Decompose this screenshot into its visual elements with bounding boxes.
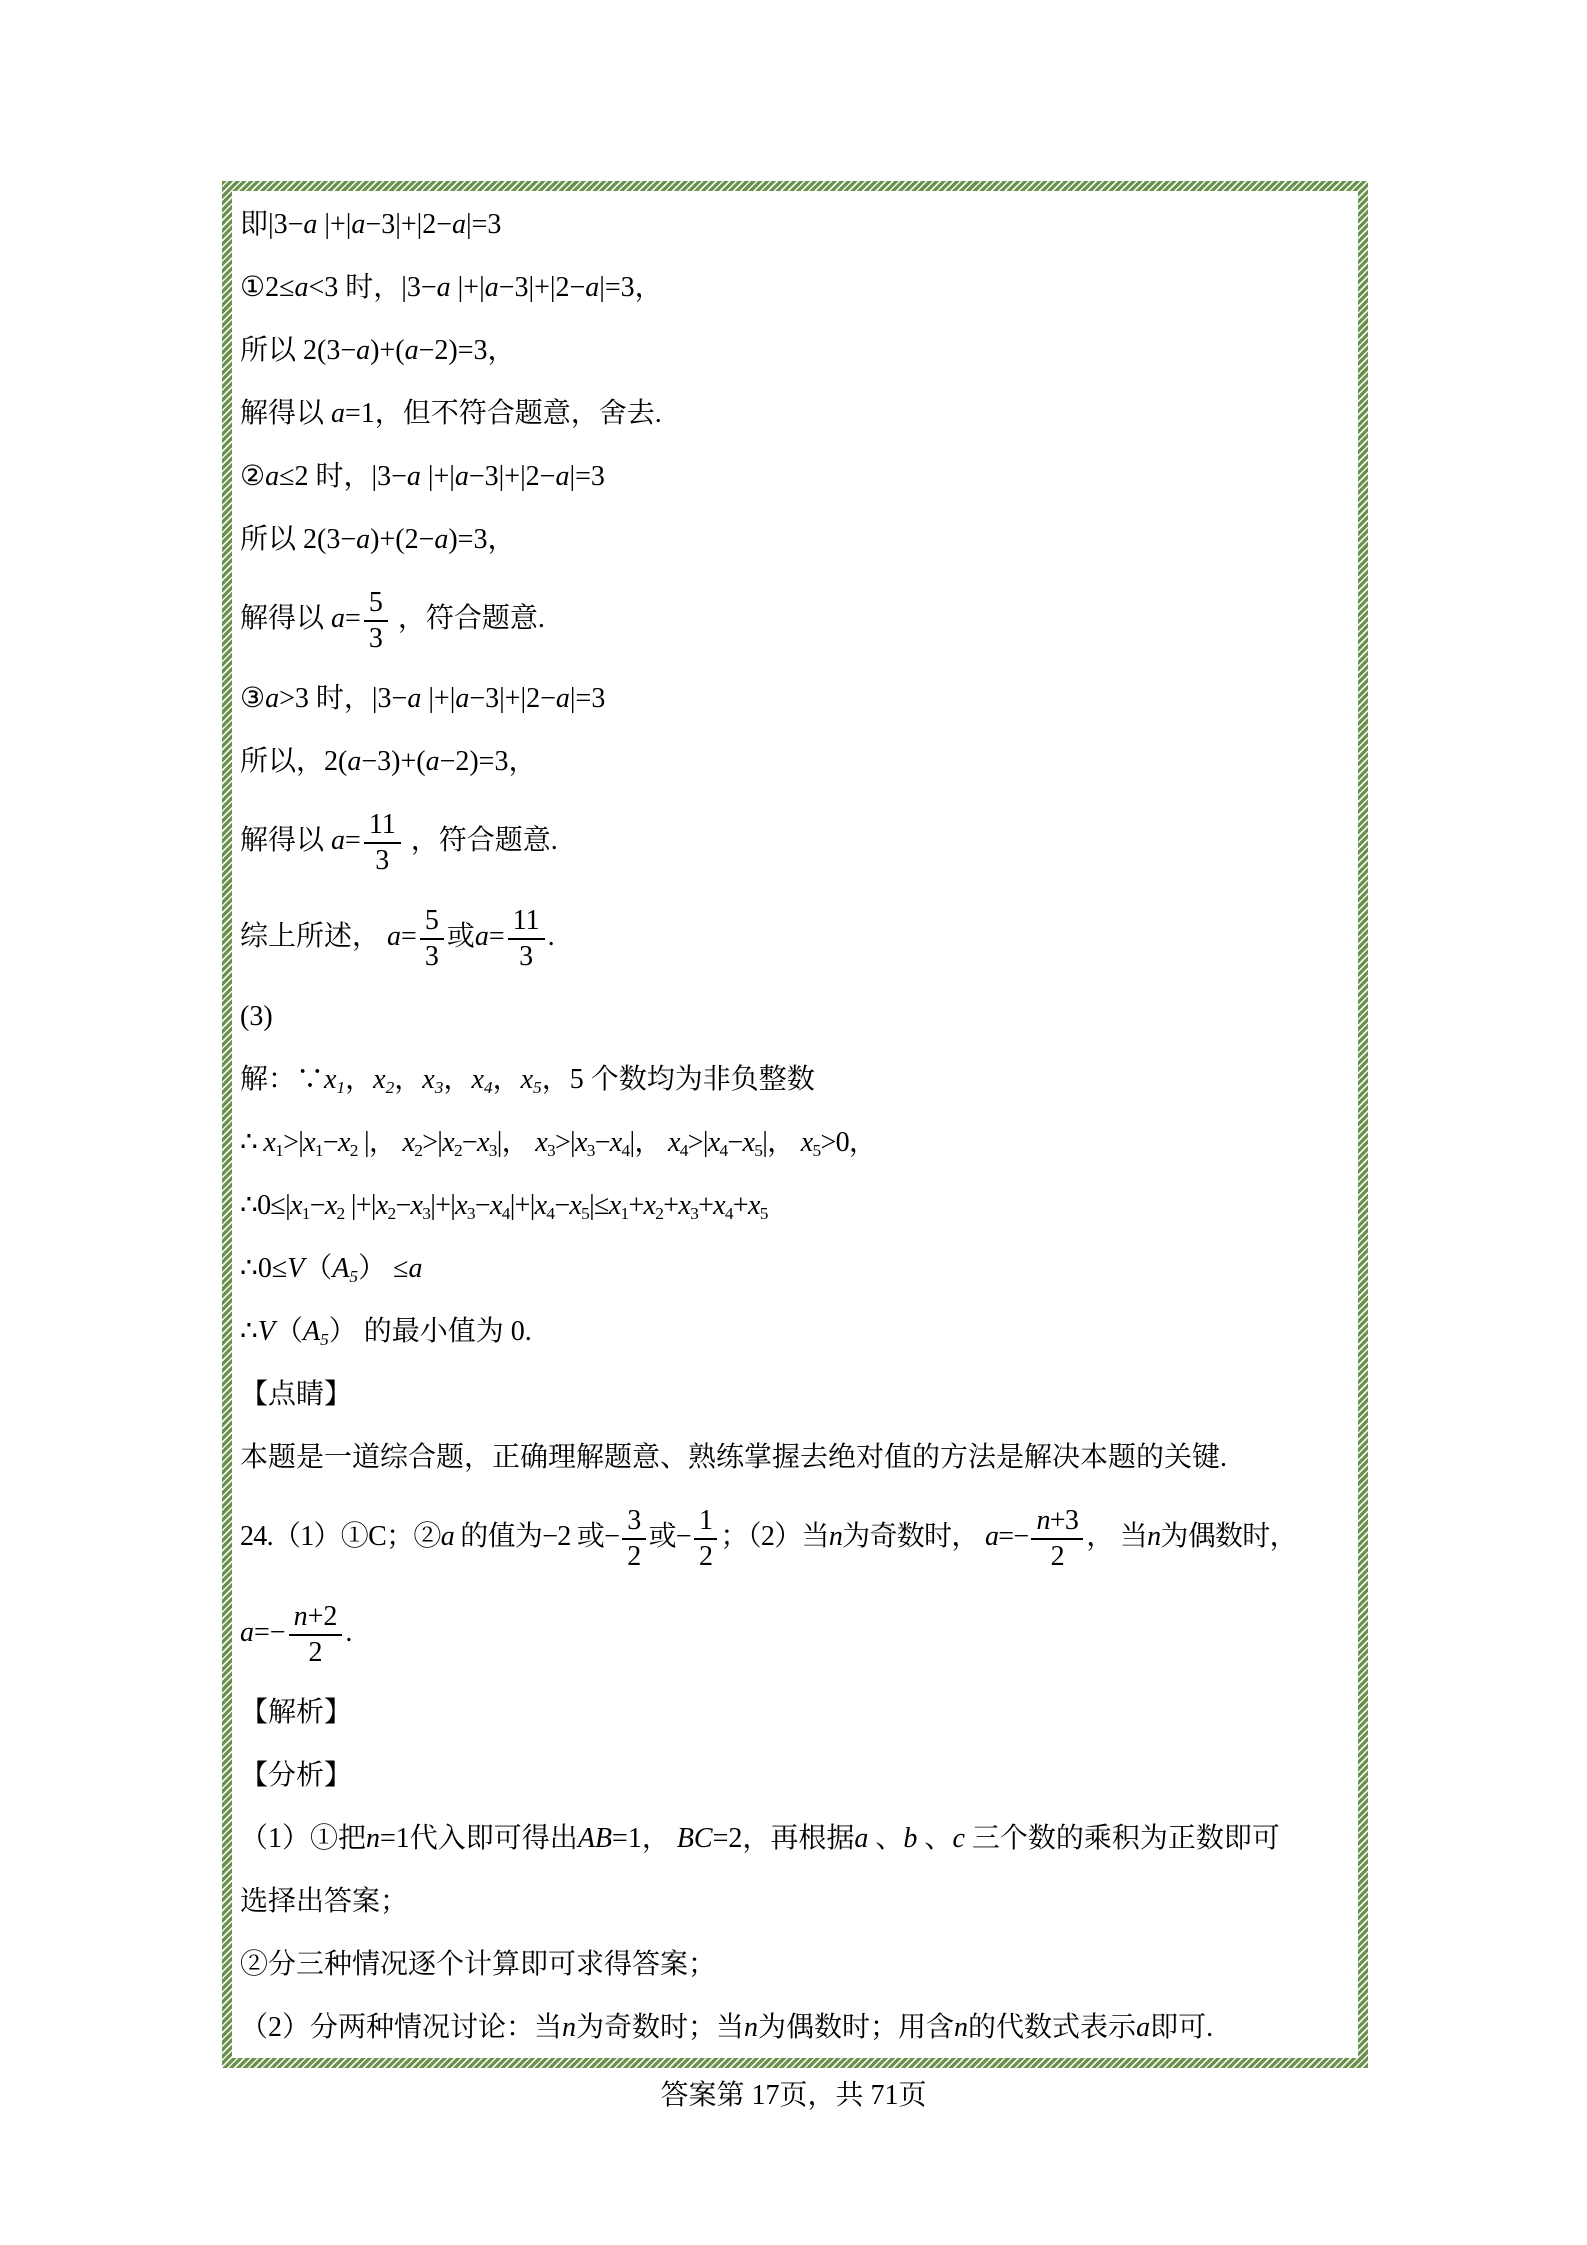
text-run: +	[733, 1190, 748, 1221]
text-run: 5	[581, 1204, 589, 1223]
text-run: −3|+|2−	[365, 209, 452, 240]
text-run: n	[1036, 1505, 1049, 1536]
text-run: a	[585, 272, 599, 303]
text-run: x	[490, 1190, 502, 1221]
text-run: 或	[447, 921, 475, 952]
text-run: a	[407, 683, 421, 714]
text-run: AB	[578, 1823, 612, 1854]
text-run: −	[475, 1190, 490, 1221]
text-run: x	[678, 1190, 690, 1221]
text-run: x	[471, 1064, 483, 1095]
text-run: x	[743, 1127, 755, 1158]
text-run: a	[408, 1253, 422, 1284]
text-run: A	[303, 1316, 320, 1347]
text-run: a	[426, 746, 440, 777]
text-run: x	[521, 1064, 533, 1095]
text-run: n	[829, 1521, 842, 1552]
text-run: n	[294, 1601, 308, 1632]
text-run: x	[422, 1064, 434, 1095]
text-run: 2	[308, 1637, 322, 1668]
text-run: 为偶数时，	[1160, 1521, 1297, 1552]
fraction: 12	[694, 1506, 717, 1571]
text-run: ∴0≤|	[240, 1190, 290, 1221]
text-run: x	[477, 1127, 489, 1158]
text-run: a	[407, 461, 421, 492]
text-run: n	[562, 2012, 576, 2043]
text-run: 【点睛】	[240, 1379, 352, 1410]
text-run: a	[556, 683, 570, 714]
fraction-numerator: 1	[694, 1506, 717, 1539]
text-run: 1	[336, 1078, 345, 1097]
fraction-numerator: 5	[364, 588, 388, 621]
text-run: x	[708, 1127, 720, 1158]
text-run: 2	[337, 1204, 345, 1223]
text-run: ；（2）当	[720, 1521, 829, 1552]
text-run: x	[290, 1190, 302, 1221]
text-run: n	[1147, 1521, 1160, 1552]
text-run: −	[323, 1127, 338, 1158]
text-run: 4	[502, 1204, 510, 1223]
text-run: ，5 个数均为非负整数	[542, 1064, 815, 1095]
text-run: >|	[555, 1127, 575, 1158]
text-run: ） ≤	[358, 1253, 408, 1284]
text-run: a	[985, 1521, 998, 1552]
text-run: x	[455, 1190, 467, 1221]
text-run: x	[373, 1064, 385, 1095]
text-run: a	[555, 461, 569, 492]
text-run: a	[455, 683, 469, 714]
fraction-denominator: 2	[694, 1540, 717, 1571]
text-run: |+|	[451, 272, 485, 303]
text-run: −	[395, 1190, 410, 1221]
text-run: 、	[868, 1823, 903, 1854]
text-line-17: ∴V（A5） 的最小值为 0.	[240, 1300, 1354, 1363]
text-line-9: 所以，2(a−3)+(a−2)=3，	[240, 730, 1354, 793]
text-run: 本题是一道综合题，正确理解题意、熟练掌握去绝对值的方法是解决本题的关键.	[240, 1442, 1227, 1473]
text-run: |=3	[569, 461, 604, 492]
text-run: a	[356, 335, 370, 366]
text-run: 5	[320, 1330, 329, 1349]
text-run: 5	[425, 905, 439, 936]
text-run: a	[294, 272, 308, 303]
fraction: 53	[364, 588, 388, 653]
text-run: 【分析】	[240, 1760, 352, 1791]
text-run: 综上所述，	[240, 921, 387, 952]
text-run: V	[287, 1253, 304, 1284]
text-run: a	[351, 209, 365, 240]
text-run: |=3	[466, 209, 501, 240]
text-run: 3	[425, 941, 439, 972]
text-line-2: ①2≤a<3 时，|3−a |+|a−3|+|2−a|=3，	[240, 256, 1354, 319]
text-run: −	[554, 1190, 569, 1221]
text-run: x	[376, 1190, 388, 1221]
text-run: x	[325, 1190, 337, 1221]
text-run: 的代数式表示	[968, 2012, 1136, 2043]
text-run: a	[1136, 2012, 1150, 2043]
text-run: a	[854, 1823, 868, 1854]
text-line-22: 【解析】	[240, 1681, 1354, 1744]
fraction-numerator: 11	[508, 906, 545, 939]
text-run: a	[485, 272, 499, 303]
text-run: >|	[283, 1127, 303, 1158]
text-run: 或−	[649, 1521, 691, 1552]
text-run: 2	[1051, 1541, 1064, 1572]
text-run: 2	[350, 1141, 358, 1160]
text-run: 3	[467, 1204, 475, 1223]
text-run: a	[387, 921, 401, 952]
text-run: x	[442, 1127, 454, 1158]
text-run: x	[748, 1190, 760, 1221]
text-run: >3 时，|3−	[279, 683, 407, 714]
text-run: 2	[699, 1541, 712, 1572]
text-run: 1	[315, 1141, 323, 1160]
text-run: ③	[240, 683, 265, 714]
text-run: |=3	[570, 683, 605, 714]
text-run: x	[535, 1127, 547, 1158]
fraction-numerator: 5	[420, 906, 444, 939]
fraction-denominator: 3	[420, 940, 444, 971]
text-run: 选择出答案；	[240, 1886, 408, 1917]
text-run: |+|	[345, 1190, 376, 1221]
fraction-numerator: 3	[622, 1506, 645, 1539]
text-run: +	[698, 1190, 713, 1221]
text-run: =	[489, 921, 505, 952]
text-run: =−	[998, 1521, 1028, 1552]
text-run: −2)=3，	[440, 746, 537, 777]
text-run: a	[265, 461, 279, 492]
text-run: 5	[533, 1078, 542, 1097]
text-run: 4	[725, 1204, 733, 1223]
text-run: 1	[302, 1204, 310, 1223]
fraction: 113	[508, 906, 545, 971]
text-run: 4	[622, 1141, 630, 1160]
text-run: −	[310, 1190, 325, 1221]
text-run: a	[331, 398, 345, 429]
text-run: x	[402, 1127, 414, 1158]
text-run: x	[535, 1190, 547, 1221]
text-run: c	[952, 1823, 964, 1854]
text-line-19: 本题是一道综合题，正确理解题意、熟练掌握去绝对值的方法是解决本题的关键.	[240, 1426, 1354, 1489]
text-run: 3	[587, 1141, 595, 1160]
text-run: |+|	[317, 209, 351, 240]
text-run: ） 的最小值为 0.	[329, 1316, 532, 1347]
text-run: >|	[688, 1127, 708, 1158]
fraction-numerator: 11	[364, 810, 401, 843]
text-line-8: ③a>3 时，|3−a |+|a−3|+|2−a|=3	[240, 667, 1354, 730]
text-run: |=3，	[599, 272, 662, 303]
text-run: 24.（1）①C；②	[240, 1521, 441, 1552]
text-run: a	[240, 1617, 254, 1648]
fraction-denominator: 2	[622, 1540, 645, 1571]
text-run: ∴0≤	[240, 1253, 287, 1284]
text-run: 4	[680, 1141, 688, 1160]
text-run: |，	[630, 1127, 669, 1158]
text-run: a	[331, 603, 345, 634]
text-run: −3|+|2−	[469, 683, 556, 714]
text-line-11: 综上所述， a=53或a=113.	[240, 889, 1354, 985]
text-run: 所以 2(3−	[240, 335, 356, 366]
text-run: .	[345, 1617, 352, 1648]
text-run: V	[258, 1316, 275, 1347]
text-line-20: 24.（1）①C；②a 的值为−2 或−32或−12；（2）当n为奇数时， a=…	[240, 1489, 1354, 1585]
text-line-27: （2）分两种情况讨论：当n为奇数时；当n为偶数时；用含n的代数式表示a即可.	[240, 1996, 1354, 2058]
text-run: a	[441, 1521, 454, 1552]
text-run: 即可.	[1150, 2012, 1213, 2043]
text-line-4: 解得以 a=1，但不符合题意，舍去.	[240, 382, 1354, 445]
text-run: +2	[308, 1601, 338, 1632]
text-run: )+(	[370, 335, 404, 366]
text-run: ∴	[240, 1127, 263, 1158]
text-run: x	[644, 1190, 656, 1221]
text-run: a	[265, 683, 279, 714]
text-run: ②	[240, 461, 265, 492]
text-run: 2	[414, 1141, 422, 1160]
text-run: 3	[369, 623, 383, 654]
text-run: ①2≤	[240, 272, 294, 303]
text-run: 为偶数时；用含	[758, 2012, 954, 2043]
text-run: =	[345, 825, 361, 856]
text-run: +	[628, 1190, 643, 1221]
text-run: A	[332, 1253, 349, 1284]
text-line-25: 选择出答案；	[240, 1870, 1354, 1933]
text-run: 所以 2(3−	[240, 524, 356, 555]
fraction: 32	[622, 1506, 645, 1571]
text-run: |，	[358, 1127, 403, 1158]
text-run: a	[303, 209, 317, 240]
text-line-23: 【分析】	[240, 1744, 1354, 1807]
text-run: x	[713, 1190, 725, 1221]
text-run: x	[801, 1127, 813, 1158]
text-run: （2）分两种情况讨论：当	[240, 2012, 562, 2043]
text-run: 3	[489, 1141, 497, 1160]
decorative-hatched-border: 即|3−a |+|a−3|+|2−a|=3①2≤a<3 时，|3−a |+|a−…	[222, 181, 1368, 2068]
text-run: ≤2 时，|3−	[279, 461, 407, 492]
text-run: x	[411, 1190, 423, 1221]
fraction: n+32	[1031, 1506, 1083, 1571]
text-line-24: （1）①把n=1代入即可得出AB=1， BC=2，再根据a 、b 、c 三个数的…	[240, 1807, 1354, 1870]
text-run: |+|	[430, 1190, 455, 1221]
text-run: 5	[369, 587, 383, 618]
text-run: 为奇数时；当	[576, 2012, 744, 2043]
text-run: ∴	[240, 1316, 258, 1347]
text-run: ， 当	[1086, 1521, 1147, 1552]
text-line-14: ∴ x1>|x1−x2 |， x2>|x2−x3|， x3>|x3−x4|， x…	[240, 1111, 1354, 1174]
text-run: a	[347, 746, 361, 777]
text-run: 解得以	[240, 603, 331, 634]
text-run: a	[437, 272, 451, 303]
fraction-denominator: 3	[370, 844, 394, 875]
text-run: −2)=3，	[419, 335, 516, 366]
text-run: =1代入即可得出	[380, 1823, 578, 1854]
text-run: （1）①把	[240, 1823, 366, 1854]
text-run: 1	[699, 1505, 712, 1536]
text-run: 1	[275, 1141, 283, 1160]
text-run: 解得以	[240, 825, 331, 856]
text-line-13: 解：∵x1，x2，x3，x4，x5，5 个数均为非负整数	[240, 1048, 1354, 1111]
text-run: a	[405, 335, 419, 366]
text-run: =	[345, 603, 361, 634]
text-run: ，	[394, 1064, 422, 1095]
text-line-6: 所以 2(3−a)+(2−a)=3，	[240, 508, 1354, 571]
fraction-denominator: 2	[303, 1636, 327, 1667]
text-run: 5	[349, 1267, 358, 1286]
text-run: x	[668, 1127, 680, 1158]
text-line-12: (3)	[240, 985, 1354, 1048]
text-run: 、	[917, 1823, 952, 1854]
text-run: <3 时，|3−	[308, 272, 436, 303]
fraction: n+22	[289, 1602, 343, 1667]
text-run: n	[744, 2012, 758, 2043]
text-run: x	[609, 1190, 621, 1221]
text-run: 2	[386, 1078, 395, 1097]
text-run: 2	[454, 1141, 462, 1160]
text-run: |≤	[589, 1190, 609, 1221]
text-line-15: ∴0≤|x1−x2 |+|x2−x3|+|x3−x4|+|x4−x5|≤x1+x…	[240, 1174, 1354, 1237]
text-run: 2	[627, 1541, 640, 1572]
text-run: ，	[493, 1064, 521, 1095]
text-run: 3	[375, 845, 389, 876]
fraction-numerator: n+3	[1031, 1506, 1083, 1539]
text-run: (3)	[240, 1001, 273, 1032]
text-run: ，符合题意.	[391, 603, 545, 634]
text-run: −3|+|2−	[499, 272, 586, 303]
text-run: 5	[813, 1141, 821, 1160]
text-run: ，	[345, 1064, 373, 1095]
fraction-numerator: n+2	[289, 1602, 343, 1635]
text-run: a	[452, 209, 466, 240]
text-run: a	[475, 921, 489, 952]
text-line-26: ②分三种情况逐个计算即可求得答案；	[240, 1933, 1354, 1996]
text-run: )+(2−	[370, 524, 434, 555]
text-run: 3	[519, 941, 533, 972]
text-run: ，	[443, 1064, 471, 1095]
text-run: =	[401, 921, 417, 952]
text-line-21: a=−n+22.	[240, 1585, 1354, 1681]
text-run: .	[548, 921, 555, 952]
text-run: −	[727, 1127, 742, 1158]
text-line-5: ②a≤2 时，|3−a |+|a−3|+|2−a|=3	[240, 445, 1354, 508]
text-run: 3	[627, 1505, 640, 1536]
text-run: >|	[422, 1127, 442, 1158]
text-run: 3	[547, 1141, 555, 1160]
text-run: a	[455, 461, 469, 492]
fraction-denominator: 2	[1046, 1540, 1069, 1571]
page-footer: 答案第 17页，共 71页	[0, 2076, 1587, 2116]
text-run: −3)+(	[361, 746, 425, 777]
text-run: |+|	[421, 461, 455, 492]
text-run: )=3，	[448, 524, 515, 555]
text-line-3: 所以 2(3−a)+(a−2)=3，	[240, 319, 1354, 382]
fraction-denominator: 3	[364, 622, 388, 653]
text-run: a	[356, 524, 370, 555]
text-run: x	[263, 1127, 275, 1158]
text-run: （	[275, 1316, 303, 1347]
text-run: a	[434, 524, 448, 555]
text-run: 11	[513, 905, 540, 936]
text-run: 解：∵	[240, 1064, 324, 1095]
text-run: x	[338, 1127, 350, 1158]
text-run: +3	[1050, 1505, 1078, 1536]
text-run: 4	[484, 1078, 493, 1097]
text-run: =1，	[612, 1823, 677, 1854]
text-run: BC	[677, 1823, 713, 1854]
text-run: a	[331, 825, 345, 856]
text-run: 【解析】	[240, 1697, 352, 1728]
text-run: 11	[369, 809, 396, 840]
text-run: （	[304, 1253, 332, 1284]
text-run: −	[595, 1127, 610, 1158]
text-line-10: 解得以 a=113 ，符合题意.	[240, 793, 1354, 889]
text-run: x	[610, 1127, 622, 1158]
text-run: 3	[690, 1204, 698, 1223]
text-run: −	[462, 1127, 477, 1158]
text-run: n	[366, 1823, 380, 1854]
text-run: |，	[762, 1127, 801, 1158]
text-run: 三个数的乘积为正数即可	[965, 1823, 1280, 1854]
text-run: n	[954, 2012, 968, 2043]
text-line-16: ∴0≤V（A5） ≤a	[240, 1237, 1354, 1300]
text-run: −3|+|2−	[469, 461, 556, 492]
text-run: 解得以	[240, 398, 331, 429]
text-run: 为奇数时，	[842, 1521, 985, 1552]
text-run: b	[903, 1823, 917, 1854]
text-line-18: 【点睛】	[240, 1363, 1354, 1426]
text-run: 5	[760, 1204, 768, 1223]
text-run: x	[575, 1127, 587, 1158]
text-run: =1，但不符合题意，舍去.	[345, 398, 662, 429]
text-run: =−	[254, 1617, 286, 1648]
text-run: x	[303, 1127, 315, 1158]
text-run: |+|	[421, 683, 455, 714]
text-run: |+|	[510, 1190, 535, 1221]
text-run: 所以，2(	[240, 746, 347, 777]
text-run: x	[569, 1190, 581, 1221]
text-run: >0，	[821, 1127, 877, 1158]
text-run: x	[324, 1064, 336, 1095]
fraction-denominator: 3	[514, 940, 538, 971]
text-run: +	[663, 1190, 678, 1221]
text-line-7: 解得以 a=53 ，符合题意.	[240, 571, 1354, 667]
text-run: 即|3−	[240, 209, 303, 240]
text-run: ②分三种情况逐个计算即可求得答案；	[240, 1949, 716, 1980]
text-run: |，	[497, 1127, 536, 1158]
text-run: 的值为−2 或−	[454, 1521, 619, 1552]
fraction: 53	[420, 906, 444, 971]
fraction: 113	[364, 810, 401, 875]
answer-content: 即|3−a |+|a−3|+|2−a|=3①2≤a<3 时，|3−a |+|a−…	[232, 191, 1358, 2058]
text-run: =2，再根据	[713, 1823, 855, 1854]
text-line-1: 即|3−a |+|a−3|+|2−a|=3	[240, 193, 1354, 256]
text-run: ，符合题意.	[404, 825, 558, 856]
